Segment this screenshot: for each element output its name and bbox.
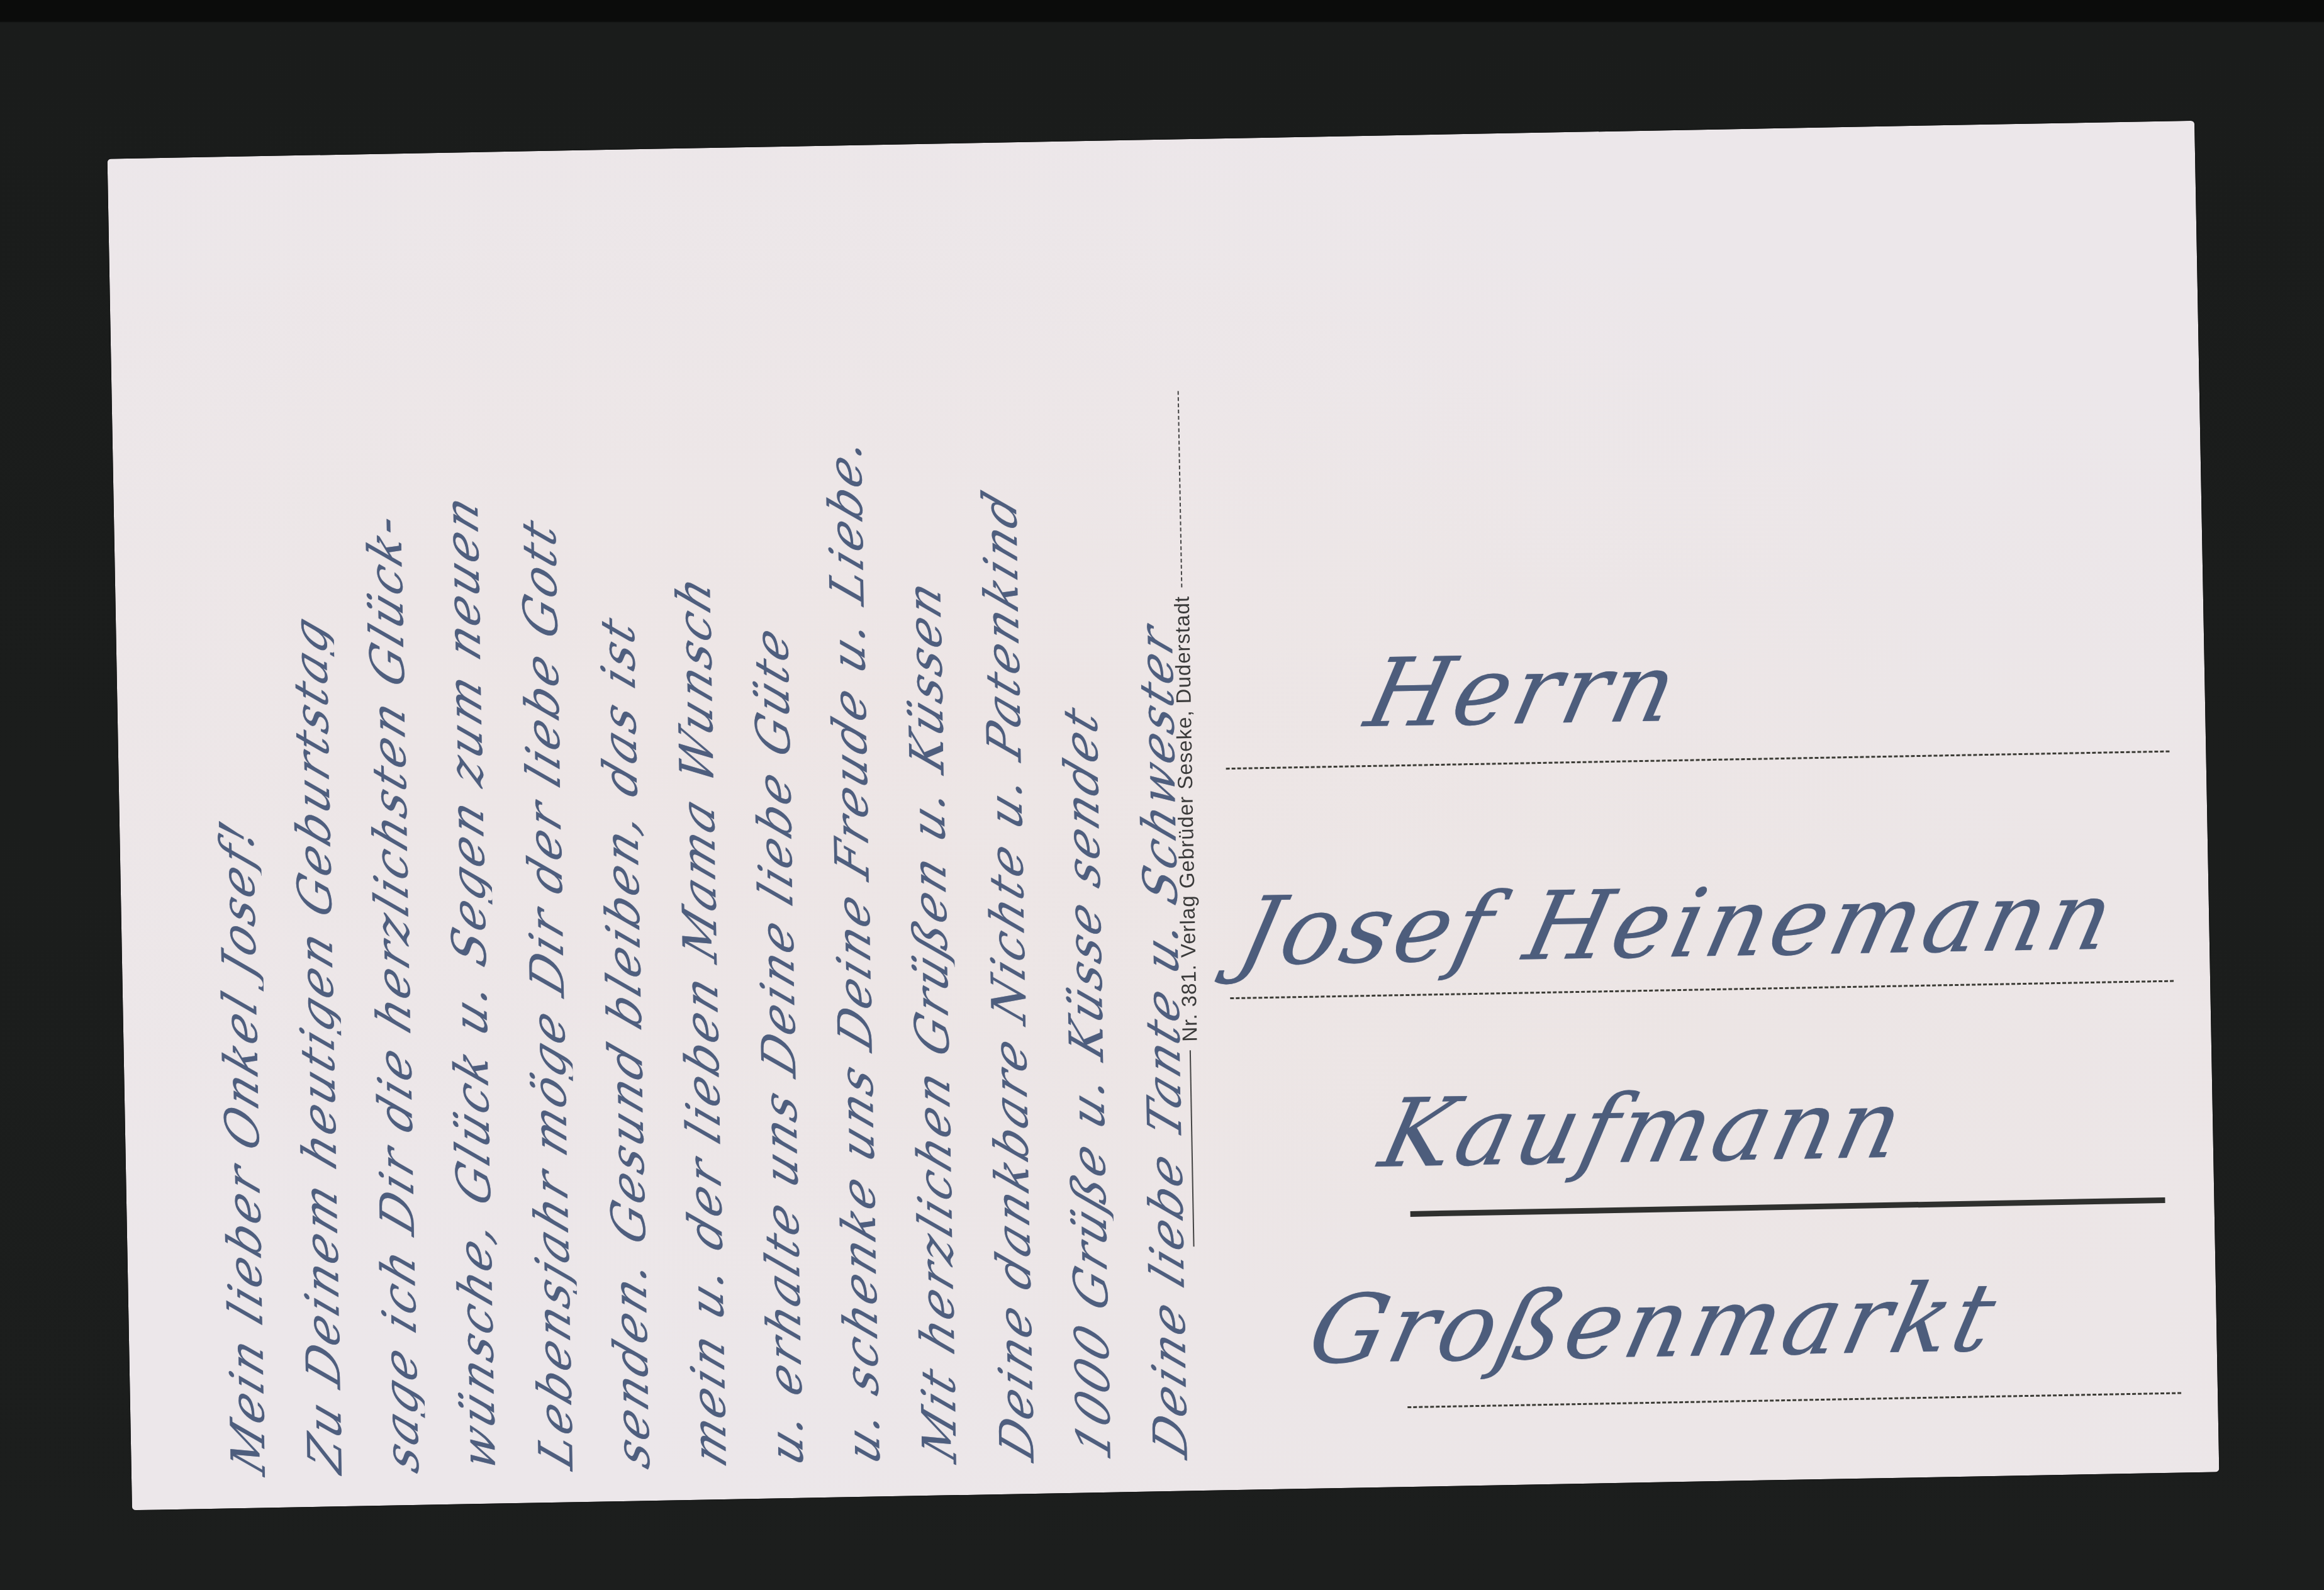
message-line: Lebensjahr möge Dir der liebe Gott (510, 224, 579, 1475)
address-rule-4 (1407, 1392, 2181, 1409)
imprint-rule-right (1178, 391, 1183, 587)
address-rule-1 (1226, 751, 2170, 770)
postcard: Mein lieber Onkel Josef! Zu Deinem heuti… (108, 121, 2220, 1510)
message-line: u. erhalte uns Deine liebe Güte (741, 220, 810, 1470)
message-line: Mein lieber Onkel Josef! (203, 230, 272, 1481)
message-line: Zu Deinem heutigen Geburtstag (280, 228, 349, 1479)
message-line: Deine dankbare Nichte u. Patenkind (971, 215, 1041, 1466)
address-line-salutation: Herrn (1356, 634, 1690, 749)
imprint-rule-left (1190, 1051, 1195, 1247)
address-line-city: Großenmarkt (1299, 1263, 2009, 1386)
message-line: sage ich Dir die herzlichsten Glück- (357, 227, 426, 1477)
handwritten-message: Mein lieber Onkel Josef! Zu Deinem heuti… (203, 221, 1195, 1472)
imprint-text: Nr. 381. Verlag Gebrüder Seseke, Duderst… (1170, 596, 1202, 1042)
message-line: u. schenke uns Deine Freude u. Liebe. (818, 218, 887, 1469)
message-line: Mit herzlichen Grüßen u. Küssen (895, 217, 964, 1468)
message-line: senden. Gesund bleiben, das ist (587, 223, 656, 1474)
message-line: wünsche, Glück u. Segen zum neuen (433, 225, 503, 1476)
address-rule-3-underline (1411, 1197, 2165, 1217)
address-line-occupation: Kaufmann (1371, 1070, 1916, 1189)
message-line: 1000 Grüße u. Küsse sendet (1048, 214, 1117, 1465)
address-line-name: Josef Heinemann (1229, 861, 2126, 987)
message-line: mein u. der lieben Mama Wunsch (664, 221, 733, 1472)
